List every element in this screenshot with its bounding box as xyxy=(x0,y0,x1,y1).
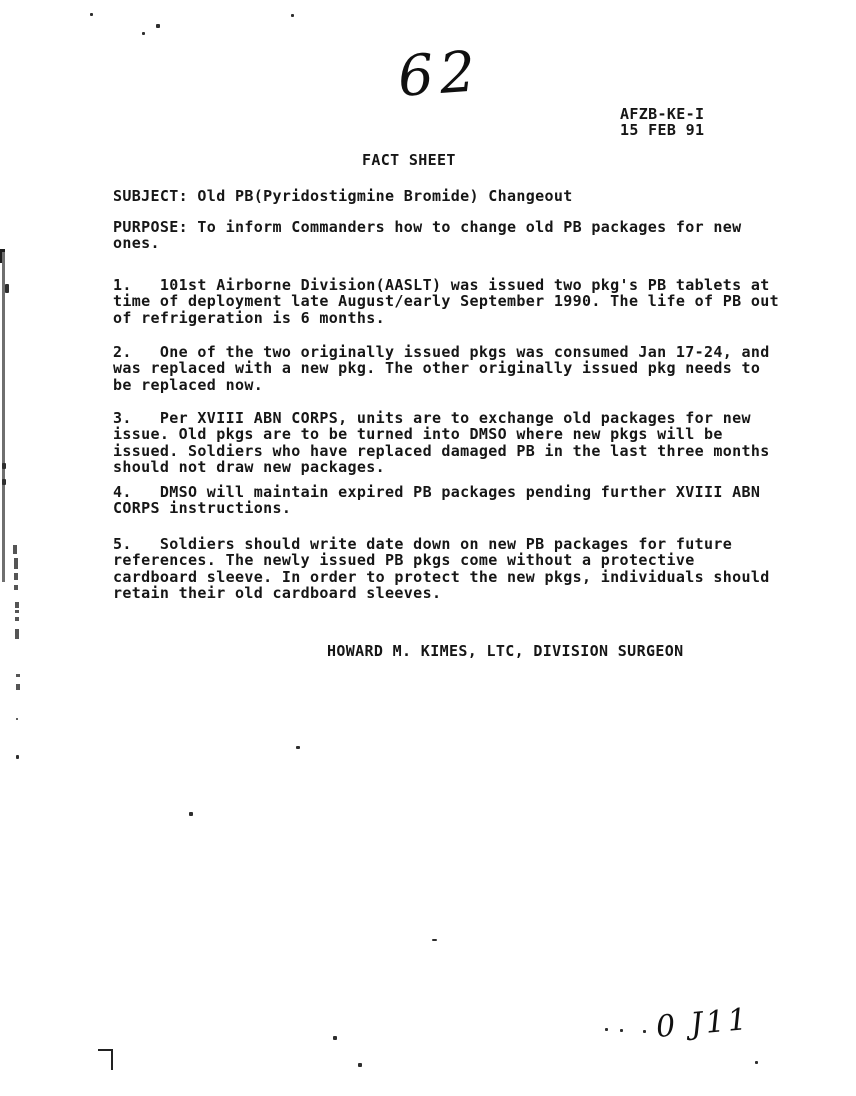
paragraph-2: 2. One of the two originally issued pkgs… xyxy=(113,344,770,393)
scan-speck xyxy=(2,479,6,485)
paragraph-5: 5. Soldiers should write date down on ne… xyxy=(113,536,770,601)
scan-speck xyxy=(291,14,294,17)
scan-speck xyxy=(333,1036,337,1040)
scan-speck xyxy=(189,812,193,816)
scan-speck xyxy=(90,13,93,16)
scan-artifact-dash xyxy=(14,585,18,590)
scan-speck xyxy=(432,939,437,941)
scan-artifact-dash xyxy=(15,617,19,621)
scanned-document-page: 62 AFZB-KE-I 15 FEB 91 FACT SHEET SUBJEC… xyxy=(0,0,856,1096)
scan-artifact-dash xyxy=(14,573,18,580)
scan-artifact-dash xyxy=(16,674,20,677)
scan-artifact-left-edge xyxy=(2,252,5,582)
office-symbol: AFZB-KE-I xyxy=(620,106,704,122)
scan-speck xyxy=(16,718,18,720)
document-title: FACT SHEET xyxy=(362,152,456,168)
scan-artifact-dash xyxy=(15,629,19,639)
scan-artifact-dash xyxy=(13,545,17,554)
scan-speck xyxy=(142,32,145,35)
scan-speck xyxy=(16,755,19,759)
scan-speck xyxy=(755,1061,758,1064)
corner-crop-mark xyxy=(98,1049,113,1070)
scan-artifact-dash xyxy=(15,610,19,613)
scan-speck xyxy=(643,1030,646,1033)
document-date: 15 FEB 91 xyxy=(620,122,704,138)
paragraph-3: 3. Per XVIII ABN CORPS, units are to exc… xyxy=(113,410,770,475)
signature-line: HOWARD M. KIMES, LTC, DIVISION SURGEON xyxy=(327,643,683,659)
scan-speck xyxy=(296,746,300,749)
scan-speck xyxy=(156,24,160,28)
scan-speck xyxy=(5,284,9,293)
scan-speck xyxy=(620,1029,623,1032)
handwritten-page-number: 62 xyxy=(396,39,484,110)
scan-speck xyxy=(605,1028,608,1031)
subject-line: SUBJECT: Old PB(Pyridostigmine Bromide) … xyxy=(113,188,573,204)
scan-speck xyxy=(2,463,6,469)
scan-artifact-dash xyxy=(14,558,18,569)
scan-artifact-dash xyxy=(15,602,19,608)
paragraph-4: 4. DMSO will maintain expired PB package… xyxy=(113,484,760,517)
purpose-line: PURPOSE: To inform Commanders how to cha… xyxy=(113,219,742,252)
scan-speck xyxy=(358,1063,362,1067)
handwritten-annotation: 0 J11 xyxy=(655,1002,752,1045)
scan-artifact-dash xyxy=(16,684,20,690)
paragraph-1: 1. 101st Airborne Division(AASLT) was is… xyxy=(113,277,779,326)
